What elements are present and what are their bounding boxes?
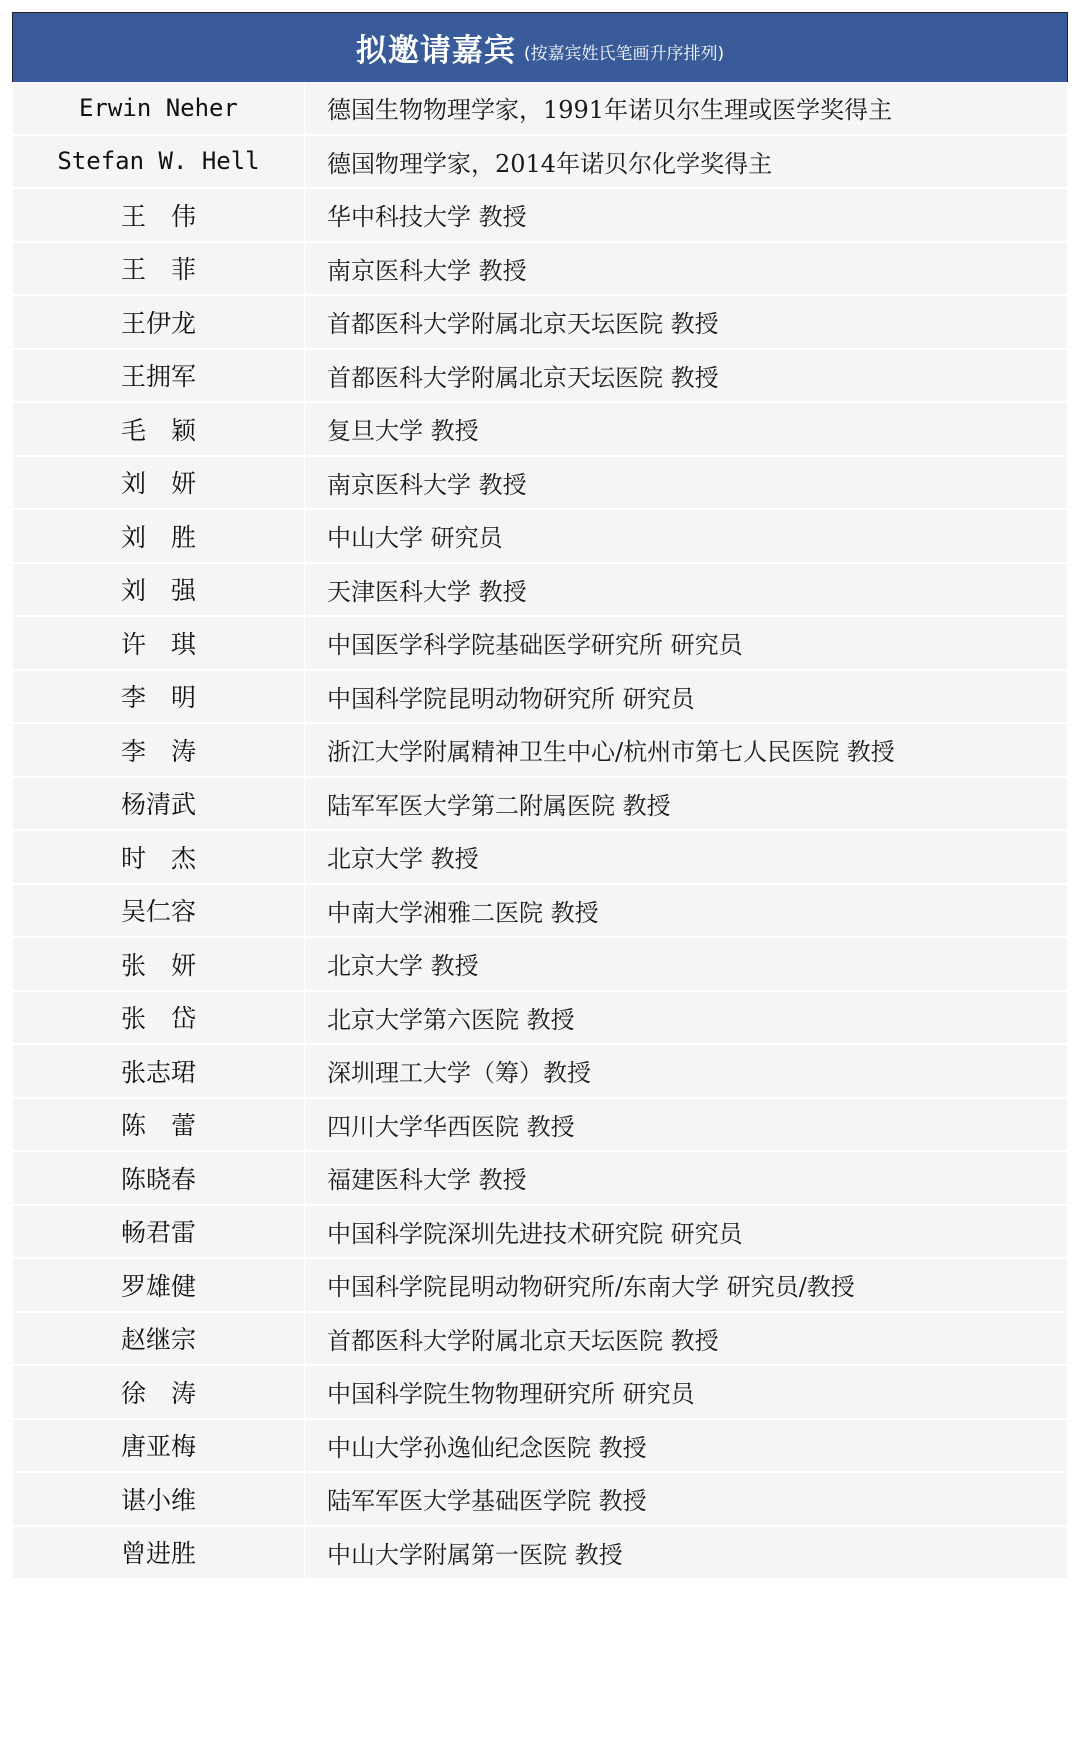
guest-name: 陈晓春 xyxy=(13,1152,305,1204)
guest-name: 唐亚梅 xyxy=(13,1420,305,1472)
page-title: 拟邀请嘉宾 xyxy=(356,25,516,70)
table-row: 张志珺深圳理工大学（筹）教授 xyxy=(13,1045,1067,1099)
table-row: 陈 蕾四川大学华西医院 教授 xyxy=(13,1099,1067,1153)
table-row: 谌小维陆军军医大学基础医学院 教授 xyxy=(13,1473,1067,1527)
guest-affiliation: 中山大学附属第一医院 教授 xyxy=(305,1535,623,1570)
table-row: 王伊龙首都医科大学附属北京天坛医院 教授 xyxy=(13,296,1067,350)
guest-name: 罗雄健 xyxy=(13,1259,305,1311)
table-row: 畅君雷中国科学院深圳先进技术研究院 研究员 xyxy=(13,1206,1067,1260)
table-row: 曾进胜中山大学附属第一医院 教授 xyxy=(13,1527,1067,1581)
guest-affiliation: 北京大学第六医院 教授 xyxy=(305,1000,575,1035)
guest-name: 王 伟 xyxy=(13,189,305,241)
page-subtitle: (按嘉宾姓氏笔画升序排列) xyxy=(524,39,724,64)
guest-name: 王伊龙 xyxy=(13,296,305,348)
guest-affiliation: 中国科学院生物物理研究所 研究员 xyxy=(305,1374,695,1409)
guest-name: 刘 胜 xyxy=(13,510,305,562)
guest-name: 毛 颖 xyxy=(13,403,305,455)
table-row: 罗雄健中国科学院昆明动物研究所/东南大学 研究员/教授 xyxy=(13,1259,1067,1313)
guest-list-sheet: 拟邀请嘉宾 (按嘉宾姓氏笔画升序排列) Erwin Neher德国生物物理学家，… xyxy=(12,12,1068,1580)
guest-affiliation: 首都医科大学附属北京天坛医院 教授 xyxy=(305,304,719,339)
guest-affiliation: 华中科技大学 教授 xyxy=(305,197,527,232)
table-row: 毛 颖复旦大学 教授 xyxy=(13,403,1067,457)
guest-affiliation: 中国科学院昆明动物研究所/东南大学 研究员/教授 xyxy=(305,1267,855,1302)
guest-affiliation: 德国物理学家，2014年诺贝尔化学奖得主 xyxy=(305,144,772,179)
table-row: 张 妍北京大学 教授 xyxy=(13,938,1067,992)
table-row: 刘 强天津医科大学 教授 xyxy=(13,564,1067,618)
guest-name: 张志珺 xyxy=(13,1045,305,1097)
guest-name: 张 妍 xyxy=(13,938,305,990)
guest-name: 许 琪 xyxy=(13,617,305,669)
table-row: Stefan W. Hell德国物理学家，2014年诺贝尔化学奖得主 xyxy=(13,136,1067,190)
guest-name: 谌小维 xyxy=(13,1473,305,1525)
guest-affiliation: 北京大学 教授 xyxy=(305,839,479,874)
guest-name: 刘 强 xyxy=(13,564,305,616)
guest-name: 畅君雷 xyxy=(13,1206,305,1258)
guest-name: Erwin Neher xyxy=(13,82,305,134)
guest-name: 曾进胜 xyxy=(13,1527,305,1579)
table-row: 陈晓春福建医科大学 教授 xyxy=(13,1152,1067,1206)
table-row: 刘 胜中山大学 研究员 xyxy=(13,510,1067,564)
guest-affiliation: 中山大学孙逸仙纪念医院 教授 xyxy=(305,1428,647,1463)
guest-affiliation: 福建医科大学 教授 xyxy=(305,1160,527,1195)
guest-name: Stefan W. Hell xyxy=(13,136,305,188)
guest-affiliation: 浙江大学附属精神卫生中心/杭州市第七人民医院 教授 xyxy=(305,732,895,767)
guest-affiliation: 中山大学 研究员 xyxy=(305,518,503,553)
table-row: 唐亚梅中山大学孙逸仙纪念医院 教授 xyxy=(13,1420,1067,1474)
table-row: 李 明中国科学院昆明动物研究所 研究员 xyxy=(13,671,1067,725)
guest-affiliation: 陆军军医大学基础医学院 教授 xyxy=(305,1481,647,1516)
guest-affiliation: 首都医科大学附属北京天坛医院 教授 xyxy=(305,358,719,393)
table-row: Erwin Neher德国生物物理学家，1991年诺贝尔生理或医学奖得主 xyxy=(13,82,1067,136)
guest-affiliation: 中国科学院昆明动物研究所 研究员 xyxy=(305,679,695,714)
table-row: 徐 涛中国科学院生物物理研究所 研究员 xyxy=(13,1366,1067,1420)
guest-affiliation: 陆军军医大学第二附属医院 教授 xyxy=(305,786,671,821)
table-header: 拟邀请嘉宾 (按嘉宾姓氏笔画升序排列) xyxy=(12,12,1068,82)
guest-name: 王拥军 xyxy=(13,350,305,402)
table-row: 时 杰北京大学 教授 xyxy=(13,831,1067,885)
table-row: 吴仁容中南大学湘雅二医院 教授 xyxy=(13,885,1067,939)
guest-name: 吴仁容 xyxy=(13,885,305,937)
guest-affiliation: 南京医科大学 教授 xyxy=(305,465,527,500)
guest-name: 时 杰 xyxy=(13,831,305,883)
guest-affiliation: 复旦大学 教授 xyxy=(305,411,479,446)
guest-affiliation: 深圳理工大学（筹）教授 xyxy=(305,1053,591,1088)
guest-affiliation: 四川大学华西医院 教授 xyxy=(305,1107,575,1142)
guest-affiliation: 中国科学院深圳先进技术研究院 研究员 xyxy=(305,1214,743,1249)
table-row: 张 岱北京大学第六医院 教授 xyxy=(13,992,1067,1046)
guest-name: 杨清武 xyxy=(13,778,305,830)
guest-affiliation: 北京大学 教授 xyxy=(305,946,479,981)
table-row: 李 涛浙江大学附属精神卫生中心/杭州市第七人民医院 教授 xyxy=(13,724,1067,778)
table-row: 赵继宗首都医科大学附属北京天坛医院 教授 xyxy=(13,1313,1067,1367)
guest-affiliation: 首都医科大学附属北京天坛医院 教授 xyxy=(305,1321,719,1356)
guest-table: Erwin Neher德国生物物理学家，1991年诺贝尔生理或医学奖得主Stef… xyxy=(13,82,1067,1580)
table-row: 刘 妍南京医科大学 教授 xyxy=(13,457,1067,511)
guest-affiliation: 中国医学科学院基础医学研究所 研究员 xyxy=(305,625,743,660)
guest-name: 李 涛 xyxy=(13,724,305,776)
guest-affiliation: 南京医科大学 教授 xyxy=(305,251,527,286)
table-row: 王 菲南京医科大学 教授 xyxy=(13,243,1067,297)
table-row: 王拥军首都医科大学附属北京天坛医院 教授 xyxy=(13,350,1067,404)
table-row: 杨清武陆军军医大学第二附属医院 教授 xyxy=(13,778,1067,832)
guest-name: 李 明 xyxy=(13,671,305,723)
guest-affiliation: 中南大学湘雅二医院 教授 xyxy=(305,893,599,928)
guest-name: 张 岱 xyxy=(13,992,305,1044)
table-row: 王 伟华中科技大学 教授 xyxy=(13,189,1067,243)
guest-name: 赵继宗 xyxy=(13,1313,305,1365)
guest-affiliation: 德国生物物理学家，1991年诺贝尔生理或医学奖得主 xyxy=(305,90,892,125)
table-row: 许 琪中国医学科学院基础医学研究所 研究员 xyxy=(13,617,1067,671)
guest-affiliation: 天津医科大学 教授 xyxy=(305,572,527,607)
guest-name: 刘 妍 xyxy=(13,457,305,509)
guest-name: 王 菲 xyxy=(13,243,305,295)
guest-name: 徐 涛 xyxy=(13,1366,305,1418)
guest-name: 陈 蕾 xyxy=(13,1099,305,1151)
